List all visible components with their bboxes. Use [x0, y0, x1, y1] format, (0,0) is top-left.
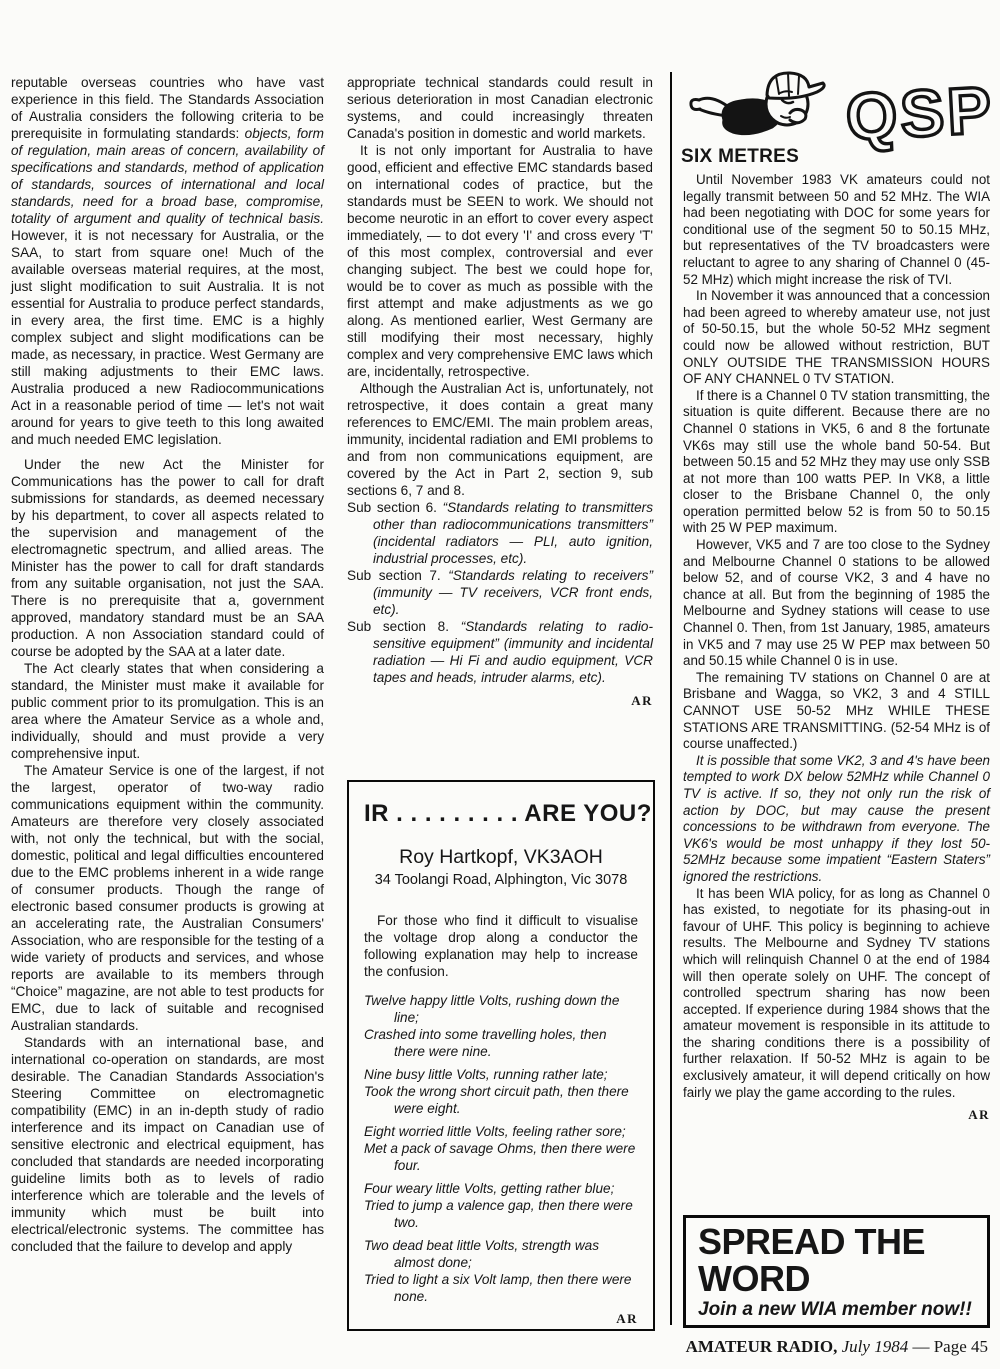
- text-run: It is not only important for Australia t…: [347, 143, 653, 379]
- text-run: Eight worried little Volts, feeling rath…: [364, 1124, 626, 1139]
- ar-signature: AR: [683, 1107, 990, 1124]
- text-run: AR: [968, 1107, 990, 1122]
- ir-box-author: Roy Hartkopf, VK3AOH: [364, 846, 638, 869]
- poem-line: Four weary little Volts, getting rather …: [364, 1180, 638, 1197]
- text-run: Sub section 7.: [347, 568, 448, 583]
- paragraph: Sub section 6. “Standards relating to tr…: [347, 499, 653, 567]
- text-run: Until November 1983 VK amateurs could no…: [683, 172, 990, 287]
- page-footer: AMATEUR RADIO, July 1984 — Page 45: [686, 1337, 988, 1357]
- text-run: objects, form of regulation, main areas …: [11, 126, 324, 226]
- text-run: — Page 45: [908, 1337, 988, 1356]
- text-run: appropriate technical standards could re…: [347, 75, 653, 141]
- right-column: Until November 1983 VK amateurs could no…: [683, 172, 990, 1124]
- paragraph: It is possible that some VK2, 3 and 4's …: [683, 753, 990, 886]
- text-run: Tried to jump a valence gap, then there …: [364, 1198, 633, 1230]
- paragraph: In November it was announced that a conc…: [683, 288, 990, 388]
- svg-text:QSP: QSP: [846, 72, 994, 154]
- spread-the-word-subtitle: Join a new WIA member now!!: [698, 1299, 975, 1321]
- text-run: The Act clearly states that when conside…: [11, 661, 324, 761]
- paragraph: However, VK5 and 7 are too close to the …: [683, 537, 990, 670]
- text-run: Under the new Act the Minister for Commu…: [11, 457, 324, 659]
- paragraph: reputable overseas countries who have va…: [11, 74, 324, 448]
- text-run: Two dead beat little Volts, strength was…: [364, 1238, 599, 1270]
- text-run: Took the wrong short circuit path, then …: [364, 1084, 629, 1116]
- paragraph: Under the new Act the Minister for Commu…: [11, 456, 324, 660]
- qsp-logo: QSP: [846, 68, 994, 160]
- six-metres-heading: SIX METRES: [681, 146, 799, 168]
- ar-signature: AR: [364, 1311, 638, 1327]
- text-run: AR: [631, 693, 653, 708]
- paragraph: It is not only important for Australia t…: [347, 142, 653, 380]
- text-run: Tried to light a six Volt lamp, then the…: [364, 1272, 631, 1304]
- paragraph: The remaining TV stations on Channel 0 a…: [683, 670, 990, 753]
- poem-line: Tried to jump a valence gap, then there …: [364, 1197, 638, 1231]
- text-run: Standards with an international base, an…: [11, 1035, 324, 1254]
- poem-line: Eight worried little Volts, feeling rath…: [364, 1123, 638, 1140]
- paragraph: Sub section 7. “Standards relating to re…: [347, 567, 653, 618]
- text-run: Sub section 6.: [347, 500, 443, 515]
- spread-the-word-box: SPREAD THE WORD Join a new WIA member no…: [683, 1215, 990, 1328]
- qsp-mascot-icon: [686, 60, 838, 152]
- volts-poem: Twelve happy little Volts, rushing down …: [364, 992, 638, 1305]
- text-run: It is possible that some VK2, 3 and 4's …: [683, 753, 990, 884]
- poem-line: Tried to light a six Volt lamp, then the…: [364, 1271, 638, 1305]
- text-run: Sub section 8.: [347, 619, 461, 634]
- poem-line: Two dead beat little Volts, strength was…: [364, 1237, 638, 1271]
- ir-box-title: IR . . . . . . . . . ARE YOU?: [364, 800, 638, 828]
- poem-line: Met a pack of savage Ohms, then there we…: [364, 1140, 638, 1174]
- text-run: The Amateur Service is one of the larges…: [11, 763, 324, 1033]
- text-run: Twelve happy little Volts, rushing down …: [364, 993, 619, 1025]
- ar-signature: AR: [347, 692, 653, 709]
- text-run: Four weary little Volts, getting rather …: [364, 1181, 614, 1196]
- left-column: reputable overseas countries who have va…: [11, 74, 324, 1255]
- paragraph: The Amateur Service is one of the larges…: [11, 762, 324, 1034]
- poem-line: Crashed into some travelling holes, then…: [364, 1026, 638, 1060]
- poem-line: Nine busy little Volts, running rather l…: [364, 1066, 638, 1083]
- paragraph: Standards with an international base, an…: [11, 1034, 324, 1255]
- text-run: If there is a Channel 0 TV station trans…: [683, 388, 990, 536]
- paragraph: The Act clearly states that when conside…: [11, 660, 324, 762]
- text-run: Met a pack of savage Ohms, then there we…: [364, 1141, 635, 1173]
- ir-box-intro: For those who find it difficult to visua…: [364, 912, 638, 980]
- poem-line: Twelve happy little Volts, rushing down …: [364, 992, 638, 1026]
- spread-the-word-title: SPREAD THE WORD: [698, 1223, 975, 1298]
- ir-box-author-address: 34 Toolangi Road, Alphington, Vic 3078: [364, 872, 638, 888]
- ir-are-you-box: IR . . . . . . . . . ARE YOU? Roy Hartko…: [347, 780, 655, 1331]
- paragraph: Sub section 8. “Standards relating to ra…: [347, 618, 653, 686]
- text-run: AMATEUR RADIO,: [686, 1337, 838, 1356]
- poem-line: Took the wrong short circuit path, then …: [364, 1083, 638, 1117]
- text-run: In November it was announced that a conc…: [683, 288, 990, 386]
- text-run: Crashed into some travelling holes, then…: [364, 1027, 607, 1059]
- text-run: The remaining TV stations on Channel 0 a…: [683, 670, 990, 751]
- text-run: July 1984: [837, 1337, 908, 1356]
- paragraph: If there is a Channel 0 TV station trans…: [683, 388, 990, 537]
- paragraph: appropriate technical standards could re…: [347, 74, 653, 142]
- middle-column: appropriate technical standards could re…: [347, 74, 653, 709]
- paragraph: Until November 1983 VK amateurs could no…: [683, 172, 990, 288]
- text-run: Nine busy little Volts, running rather l…: [364, 1067, 608, 1082]
- paragraph: It has been WIA policy, for as long as C…: [683, 886, 990, 1102]
- text-run: It has been WIA policy, for as long as C…: [683, 886, 990, 1100]
- column-divider-rule: [670, 72, 672, 1325]
- text-run: Although the Australian Act is, unfortun…: [347, 381, 653, 498]
- text-run: However, it is not necessary for Austral…: [11, 228, 324, 447]
- paragraph: Although the Australian Act is, unfortun…: [347, 380, 653, 499]
- text-run: However, VK5 and 7 are too close to the …: [683, 537, 990, 668]
